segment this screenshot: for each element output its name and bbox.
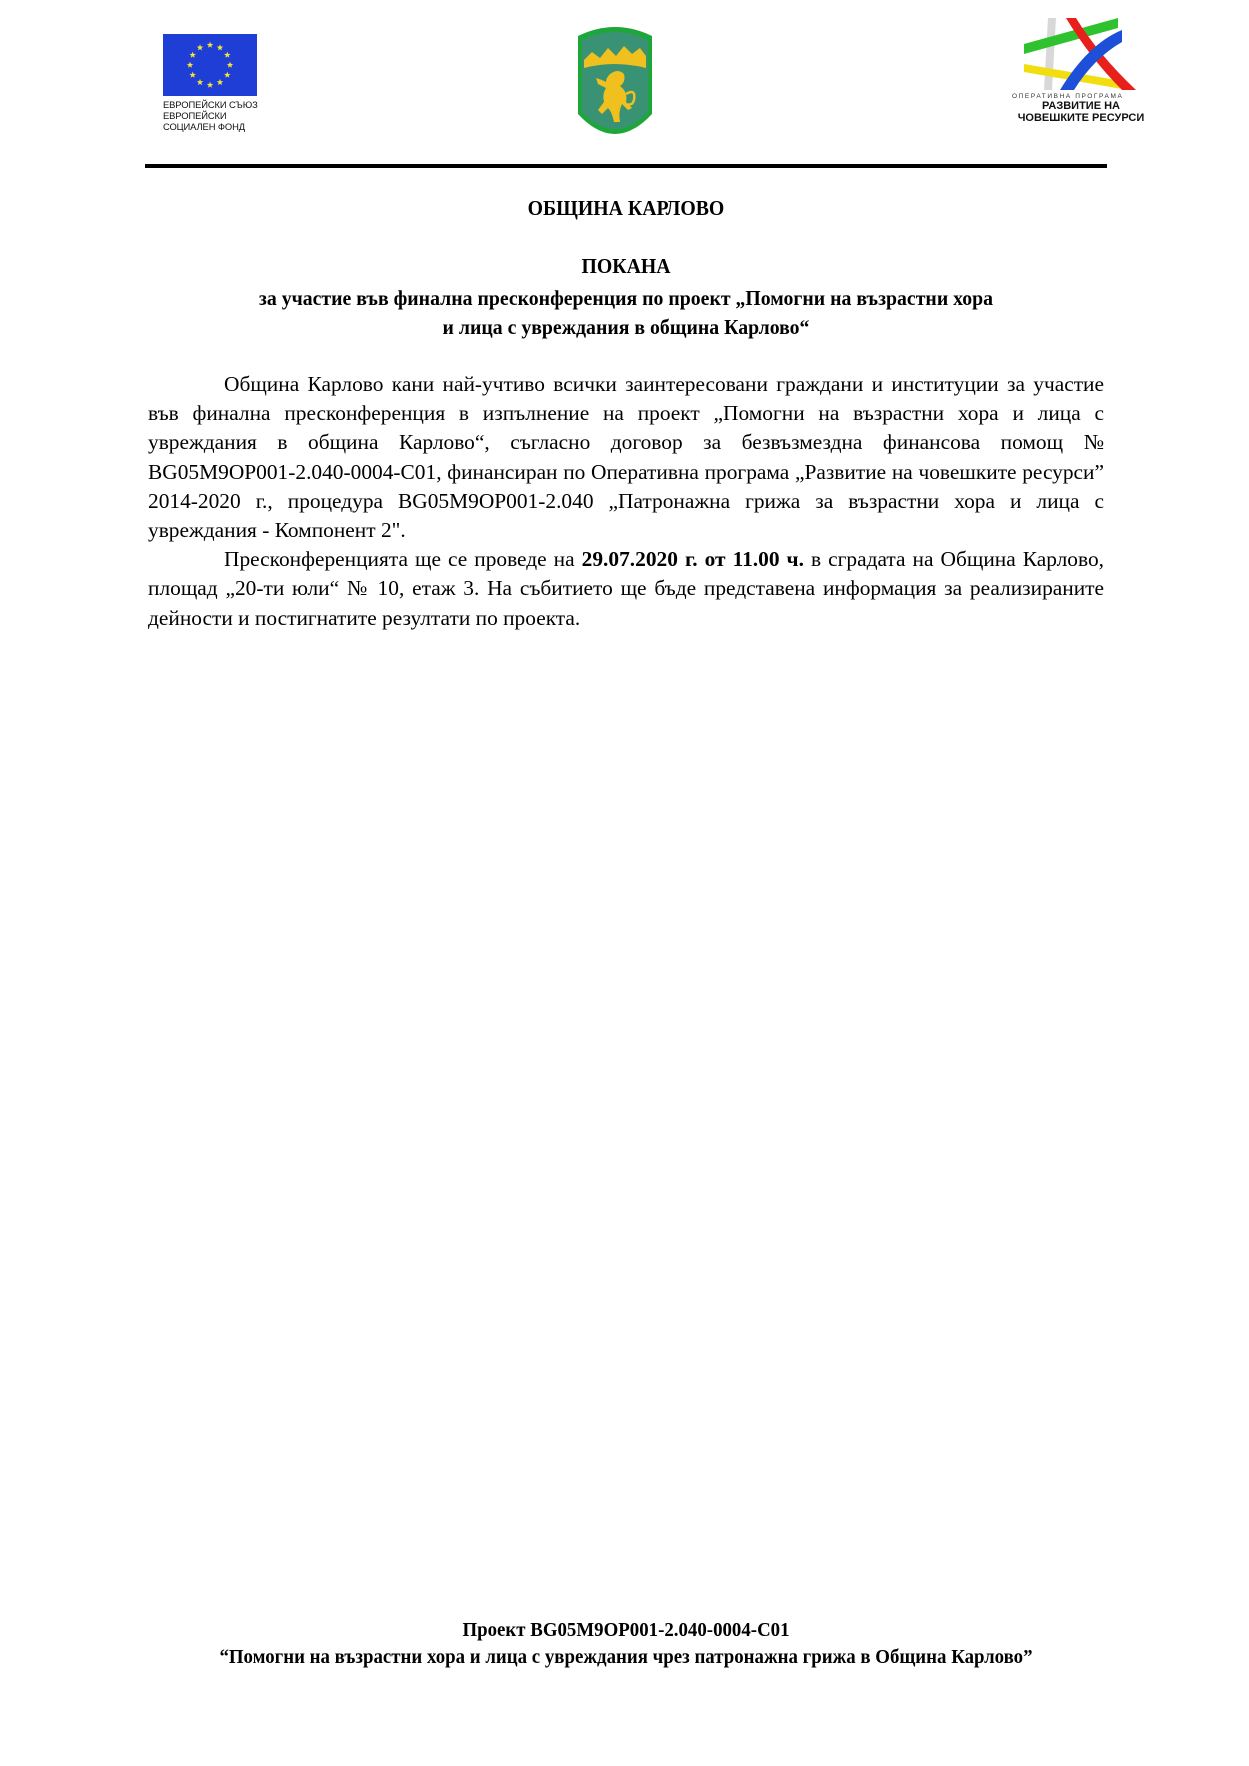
organization-title: ОБЩИНА КАРЛОВО <box>183 196 1068 221</box>
body-paragraph: Община Карлово кани най-учтиво всички за… <box>148 370 1104 545</box>
paragraph-text: Пресконференцията ще се проведе на <box>224 547 582 571</box>
eu-caption-line: ЕВРОПЕЙСКИ <box>163 110 268 121</box>
page-footer: Проект BG05M9OP001-2.040-0004-C01 “Помог… <box>183 1617 1068 1670</box>
subtitle-line: за участие във финална пресконференция п… <box>183 284 1068 313</box>
eu-caption-line: СОЦИАЛЕН ФОНД <box>163 121 268 132</box>
eu-logo-caption: ЕВРОПЕЙСКИ СЪЮЗ ЕВРОПЕЙСКИ СОЦИАЛЕН ФОНД <box>163 99 268 132</box>
eu-social-fund-logo: ЕВРОПЕЙСКИ СЪЮЗ ЕВРОПЕЙСКИ СОЦИАЛЕН ФОНД <box>163 34 268 132</box>
footer-project-title: “Помогни на възрастни хора и лица с увре… <box>183 1644 1068 1671</box>
event-date-time: 29.07.2020 г. от 11.00 ч. <box>582 547 804 571</box>
opr-logo-small-text: ОПЕРАТИВНА ПРОГРАМА <box>1012 93 1152 100</box>
operational-programme-logo: ОПЕРАТИВНА ПРОГРАМА РАЗВИТИЕ НА ЧОВЕШКИТ… <box>1012 14 1152 124</box>
footer-project-code: Проект BG05M9OP001-2.040-0004-C01 <box>183 1617 1068 1644</box>
opr-logo-title-line: РАЗВИТИЕ НА <box>1012 100 1150 112</box>
karlovo-crest-icon <box>570 22 660 148</box>
invitation-title: ПОКАНА <box>183 254 1068 279</box>
eu-caption-line: ЕВРОПЕЙСКИ СЪЮЗ <box>163 99 268 110</box>
invitation-body: Община Карлово кани най-учтиво всички за… <box>148 370 1104 633</box>
invitation-subtitle: за участие във финална пресконференция п… <box>183 284 1068 342</box>
opr-logo-title: РАЗВИТИЕ НА ЧОВЕШКИТЕ РЕСУРСИ <box>1012 100 1150 124</box>
eu-flag-icon <box>163 34 257 96</box>
header-divider <box>145 164 1107 168</box>
subtitle-line: и лица с увреждания в община Карлово“ <box>183 313 1068 342</box>
operational-programme-logo-icon <box>1018 14 1138 92</box>
opr-logo-title-line: ЧОВЕШКИТЕ РЕСУРСИ <box>1012 112 1150 124</box>
body-paragraph: Пресконференцията ще се проведе на 29.07… <box>148 545 1104 633</box>
